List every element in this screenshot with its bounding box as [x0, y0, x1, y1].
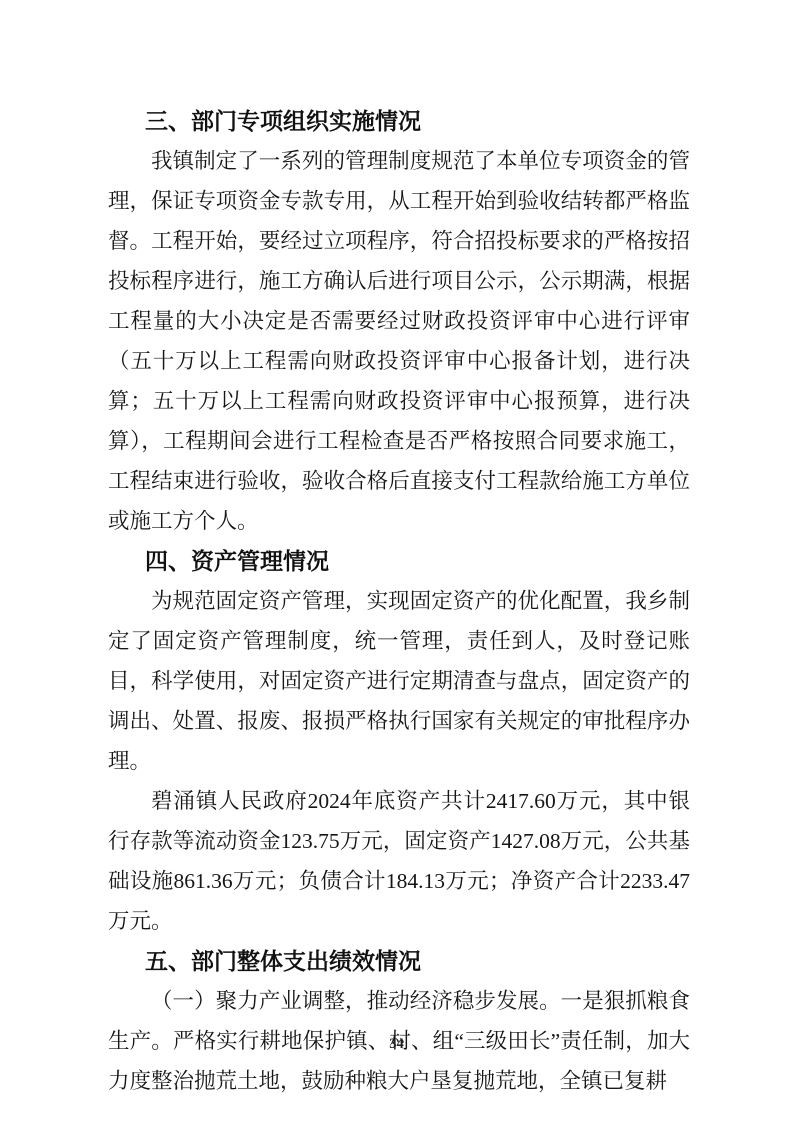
section-heading-expenditure-performance: 五、部门整体支出绩效情况 [108, 941, 690, 981]
section-heading-special-projects: 三、部门专项组织实施情况 [108, 101, 690, 141]
paragraph-asset-figures: 碧涌镇人民政府2024年底资产共计2417.60万元，其中银行存款等流动资金12… [108, 781, 690, 941]
section-heading-asset-management: 四、资产管理情况 [108, 541, 690, 581]
document-page: 三、部门专项组织实施情况 我镇制定了一系列的管理制度规范了本单位专项资金的管理，… [0, 0, 793, 1122]
page-number: 34 [0, 1036, 793, 1053]
paragraph-asset-management: 为规范固定资产管理，实现固定资产的优化配置，我乡制定了固定资产管理制度，统一管理… [108, 581, 690, 781]
paragraph-special-projects: 我镇制定了一系列的管理制度规范了本单位专项资金的管理，保证专项资金专款专用，从工… [108, 141, 690, 541]
document-content: 三、部门专项组织实施情况 我镇制定了一系列的管理制度规范了本单位专项资金的管理，… [108, 101, 690, 1101]
